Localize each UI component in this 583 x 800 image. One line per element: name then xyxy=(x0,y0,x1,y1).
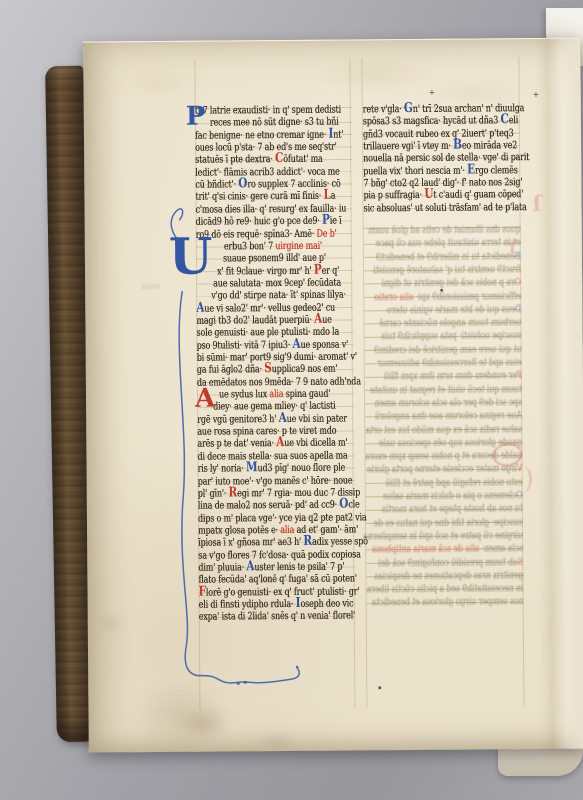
text-columns: ti 7 latrie exaudisti· in q' spem dedist… xyxy=(83,39,580,43)
stain xyxy=(176,705,230,741)
right-text-column: rete v'gla· Gn' trī 2sua archan' n' diuu… xyxy=(363,100,521,214)
stain xyxy=(96,612,126,634)
ghost-letter-mark: ſ xyxy=(509,237,517,258)
ghost-letter-mark: ſ xyxy=(532,191,541,216)
manuscript-photo: ti 7 latrie exaudisti· in q' spem dedist… xyxy=(0,0,583,800)
text-segment: expa' ista di 2lida' snēs q' n venia' fl… xyxy=(199,611,355,623)
incidental-marks: ++ſſouis xyxy=(83,39,580,43)
margin-ghost-mark: ouis xyxy=(141,282,160,292)
illuminated-initials: PUA xyxy=(83,39,580,43)
red-arc-mark xyxy=(518,466,532,492)
right-ghost-column: quos dns illumiat de celis ad gloā suame… xyxy=(364,221,524,610)
speck-mark xyxy=(378,686,381,689)
initial-P: P xyxy=(186,104,206,130)
manuscript-page: ti 7 latrie exaudisti· in q' spem dedist… xyxy=(83,38,583,753)
ruling-layer xyxy=(83,39,580,43)
stain xyxy=(255,731,301,751)
stain xyxy=(113,66,203,101)
plus-mark: + xyxy=(429,88,436,97)
left-text-column: ti 7 latrie exaudisti· in q' spem dedist… xyxy=(195,101,356,623)
initial-A: A xyxy=(195,386,215,412)
text-segment: nos semper uirgo gloriosa et benedicta xyxy=(372,597,524,609)
speck-mark xyxy=(440,289,443,292)
plus-mark: + xyxy=(533,90,540,99)
text-segment: sic absoluas' ut soluti trāsfam' ad te p… xyxy=(363,202,526,214)
initial-U: U xyxy=(169,232,213,282)
show-through-line: nos semper uirgo gloriosa et benedicta xyxy=(367,594,524,610)
